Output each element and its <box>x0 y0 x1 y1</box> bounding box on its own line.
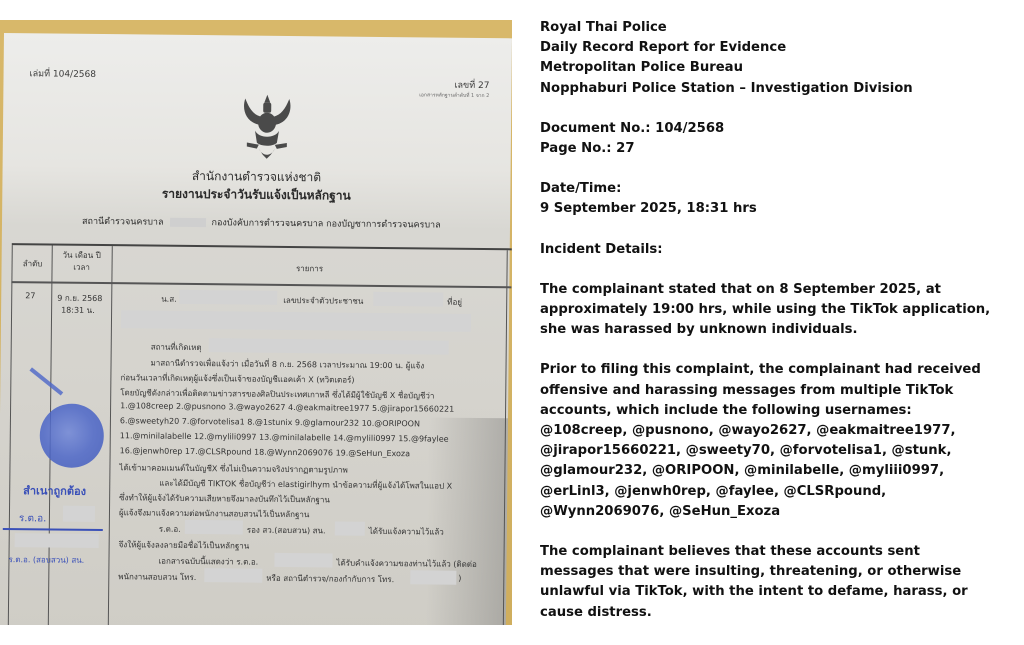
header-line: Royal Thai Police <box>540 18 1024 38</box>
paragraph-line: accounts, which include the following us… <box>540 401 1024 421</box>
document-info: Document No.: 104/2568 Page No.: 27 <box>540 119 1024 159</box>
incident-label: Incident Details: <box>540 240 1024 260</box>
paragraph-1: The complainant stated that on 8 Septemb… <box>540 280 1024 341</box>
paragraph-line: she was harassed by unknown individuals. <box>540 320 1024 340</box>
body-line: พนักงานสอบสวน โทร. <box>118 570 196 584</box>
book-number: เล่มที่ 104/2568 <box>30 66 97 81</box>
body-line: 6.@sweetyh20 7.@forvotelisa1 8.@1stunix … <box>120 416 420 428</box>
body-line: โดยบัญชีดังกล่าวเพื่อติดตามข่าวสารของศิล… <box>120 386 434 402</box>
body-line: เอกสารฉบับนี้แสดงว่า ร.ต.อ. <box>158 555 258 569</box>
body-line: 11.@minilalabelle 12.@mylili0997 13.@min… <box>120 431 449 443</box>
redaction <box>209 338 449 355</box>
header-items: รายการ <box>111 260 507 277</box>
body-line: ซึ่งทำให้ผู้แจ้งได้รับความเสียหายจึงมาลง… <box>119 491 330 506</box>
certified-copy-stamp: สำเนาถูกต้อง <box>23 481 86 500</box>
paragraph-line: The complainant believes that these acco… <box>540 542 1024 562</box>
body-line: ร.ต.อ. <box>159 523 181 536</box>
body-line: จึงให้ผู้แจ้งลงลายมือชื่อไว้เป็นหลักฐาน <box>119 538 250 552</box>
body-line: ได้เข้ามาคอมเมนต์ในบัญชีX ซึ่งไม่เป็นควา… <box>119 461 347 476</box>
paragraph-line: The complainant stated that on 8 Septemb… <box>540 280 1024 300</box>
signature-rank: ร.ต.อ. (สอบสวน) สน. <box>8 553 84 567</box>
line-id-label: เลขประจำตัวประชาชน <box>283 294 363 308</box>
page-number-en: Page No.: 27 <box>540 139 1024 159</box>
station-part2: กองบังคับการตำรวจนครบาล กองบัญชาการตำรวจ… <box>211 218 440 230</box>
body-line: ) <box>458 574 461 583</box>
official-seal-icon <box>39 403 104 468</box>
page-number: เลขที่ 27 <box>454 78 489 92</box>
station-line: สถานีตำรวจนครบาลกองบังคับการตำรวจนครบาล … <box>82 214 441 232</box>
paragraph-2: Prior to filing this complaint, the comp… <box>540 360 1024 522</box>
body-line: 1.@108creep 2.@pusnono 3.@wayo2627 4.@ea… <box>120 401 454 413</box>
row-time: 18:31 น. <box>61 304 95 317</box>
username-line: @Wynn2069076, @SeHun_Exoza <box>540 502 1024 522</box>
header-line: Nopphaburi Police Station – Investigatio… <box>540 79 1024 99</box>
line-address-label: ที่อยู่ <box>447 296 462 309</box>
header-line: Daily Record Report for Evidence <box>540 38 1024 58</box>
redaction <box>373 292 443 307</box>
redaction <box>63 506 95 522</box>
paragraph-line: messages that were insulting, threatenin… <box>540 562 1024 582</box>
redaction <box>121 310 471 332</box>
redaction <box>410 570 456 584</box>
username-line: @108creep, @pusnono, @wayo2627, @eakmait… <box>540 421 1024 441</box>
body-line: มาสถานีตำรวจเพื่อแจ้งว่า เมื่อวันที่ 8 ก… <box>150 357 424 373</box>
header-seq: ลำดับ <box>14 257 52 270</box>
redaction <box>204 568 262 583</box>
body-line: ก่อนวันเวลาที่เกิดเหตุผู้แจ้งซึ่งเป็นเจ้… <box>120 371 354 386</box>
username-line: @glamour232, @ORIPOON, @minilabelle, @my… <box>540 461 1024 481</box>
header-date: วัน เดือน ปี เวลา <box>53 250 109 275</box>
paragraph-line: Prior to filing this complaint, the comp… <box>540 360 1024 380</box>
body-line: ได้รับแจ้งความไว้แล้ว <box>369 525 444 539</box>
datetime-value: 9 September 2025, 18:31 hrs <box>540 199 1024 219</box>
signature: ร.ต.อ. <box>19 511 47 526</box>
paragraph-line: cause distress. <box>540 603 1024 623</box>
paragraph-line: offensive and harassing messages from mu… <box>540 381 1024 401</box>
body-line: และได้มีบัญชี TIKTOK ชื่อบัญชีว่า elasti… <box>159 477 452 493</box>
station-part1: สถานีตำรวจนครบาล <box>82 217 164 228</box>
line-location: สถานที่เกิดเหตุ <box>151 341 202 355</box>
paragraph-line: unlawful via TikTok, with the intent to … <box>540 582 1024 602</box>
body-line: ผู้แจ้งจึงมาแจ้งความต่อพนักงานสอบสวนไว้เ… <box>119 506 310 521</box>
datetime-label: Date/Time: <box>540 179 1024 199</box>
redaction <box>335 521 365 535</box>
datetime-block: Date/Time: 9 September 2025, 18:31 hrs <box>540 179 1024 219</box>
username-line: @jirapor15660221, @sweety70, @forvotelis… <box>540 441 1024 461</box>
line-name: น.ส. <box>161 293 177 306</box>
form-code: เอกสารหลักฐานลำดับที่ 1 จาก 2 <box>419 91 489 100</box>
header-line: Metropolitan Police Bureau <box>540 58 1024 78</box>
report-title: รายงานประจำวันรับแจ้งเป็นหลักฐาน <box>2 183 510 207</box>
redaction <box>15 533 99 548</box>
redaction <box>179 290 277 305</box>
redaction <box>185 520 243 535</box>
document-number: Document No.: 104/2568 <box>540 119 1024 139</box>
paragraph-3: The complainant believes that these acco… <box>540 542 1024 623</box>
body-line: รอง สว.(สอบสวน) สน. <box>247 524 326 538</box>
english-translation: Royal Thai Police Daily Record Report fo… <box>540 18 1024 643</box>
document-photo: เล่มที่ 104/2568 เลขที่ 27 เอกสารหลักฐาน… <box>0 20 512 625</box>
body-line: หรือ สถานีตำรวจ/กองกำกับการ โทร. <box>266 572 394 586</box>
paragraph-line: approximately 19:00 hrs, while using the… <box>540 300 1024 320</box>
username-line: @erLinl3, @jenwh0rep, @faylee, @CLSRpoun… <box>540 482 1024 502</box>
body-line: ได้รับคำแจ้งความของท่านไว้แล้ว (ติดต่อ <box>336 557 476 571</box>
row-seq: 27 <box>25 291 35 300</box>
body-line: 16.@jenwh0rep 17.@CLSRpound 18.@Wynn2069… <box>120 446 410 458</box>
document-paper: เล่มที่ 104/2568 เลขที่ 27 เอกสารหลักฐาน… <box>0 33 512 625</box>
garuda-emblem-icon <box>237 90 298 161</box>
redaction <box>169 218 205 227</box>
translation-header: Royal Thai Police Daily Record Report fo… <box>540 18 1024 99</box>
redaction <box>274 553 332 568</box>
incident-label-block: Incident Details: <box>540 240 1024 260</box>
